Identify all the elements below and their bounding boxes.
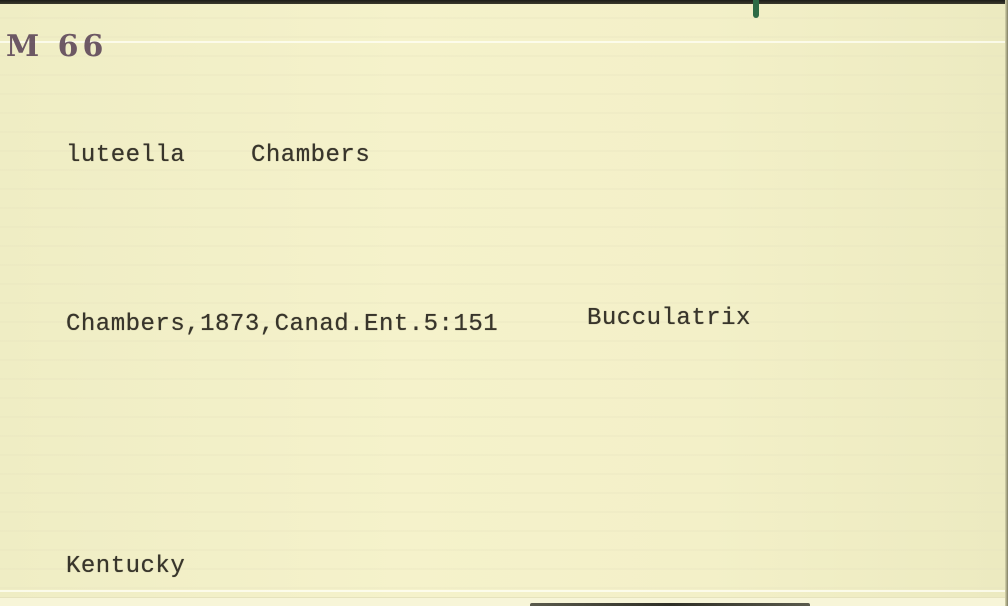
ruled-line [0,41,1008,43]
index-card: M 66 luteella Chambers Chambers,1873,Can… [0,0,1008,606]
catalog-mark: M 66 [6,29,107,64]
citation: Chambers,1873,Canad.Ent.5:151 [66,311,498,338]
card-bottom-edge [0,597,1008,606]
green-tab-mark [753,0,759,18]
species-name: luteella [66,142,185,169]
locality: Kentucky [66,553,185,580]
ruled-line [0,590,1008,592]
genus-name: Bucculatrix [587,305,751,332]
author-name: Chambers [251,142,370,169]
card-top-edge [0,0,1008,4]
